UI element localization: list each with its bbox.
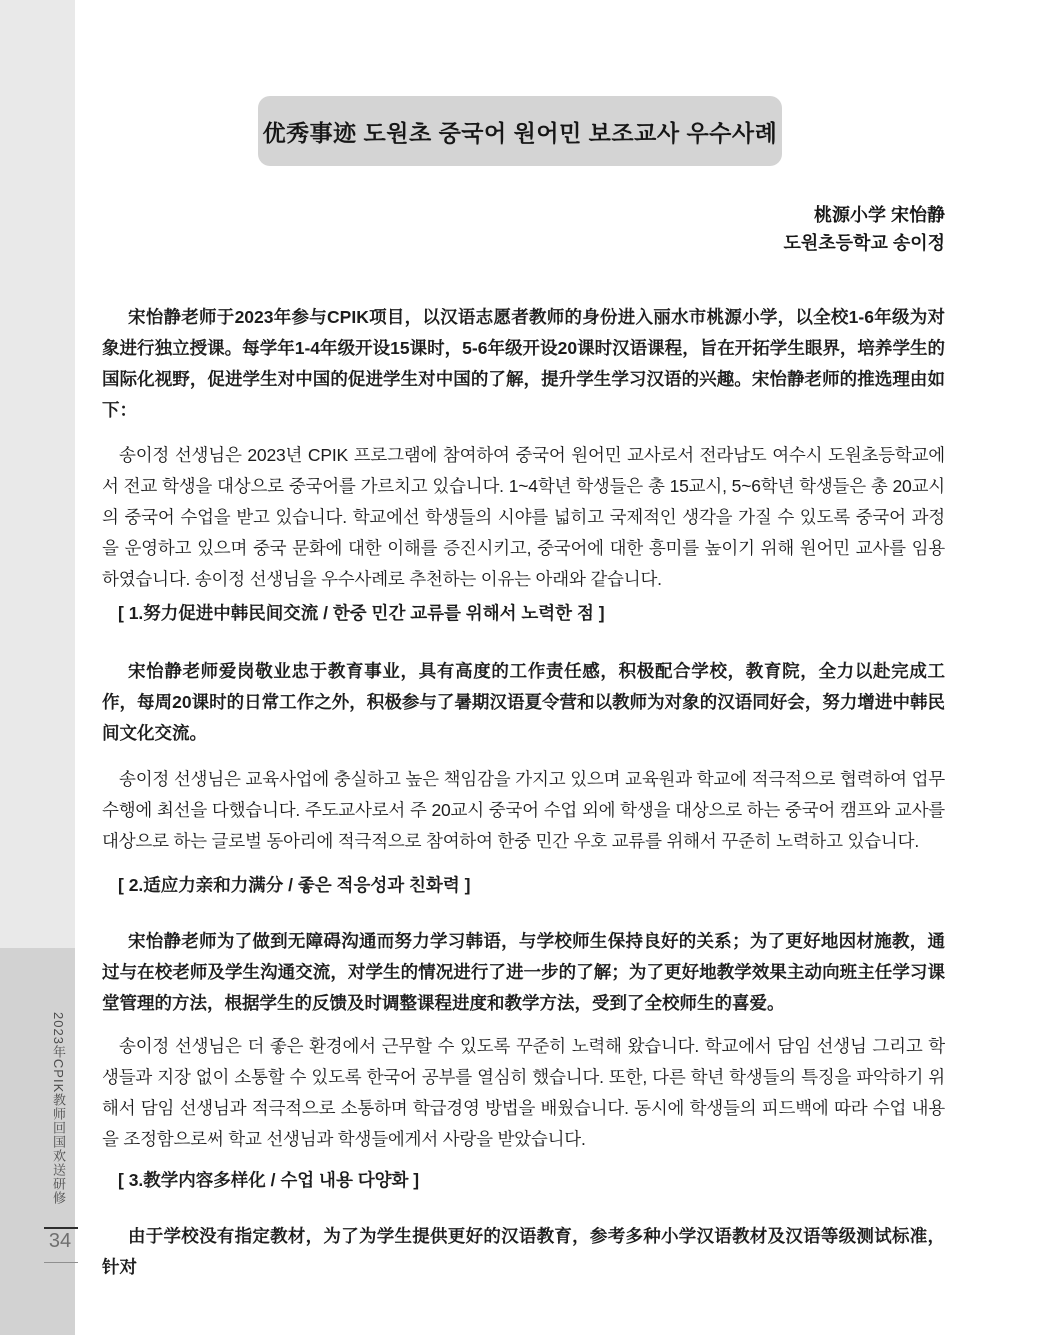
left-margin-strip: [0, 0, 75, 948]
section-heading-3: [ 3.教学内容多样化 / 수업 내용 다양화 ]: [102, 1165, 945, 1196]
paragraph-ko-section1: 송이정 선생님은 교육사업에 충실하고 높은 책임감을 가지고 있으며 교육원과…: [102, 764, 945, 857]
page-number-rule-top: [44, 1227, 78, 1229]
paragraph-zh-intro: 宋怡静老师于2023年参与CPIK项目，以汉语志愿者教师的身份进入丽水市桃源小学…: [102, 302, 945, 426]
page-number: 34: [42, 1230, 78, 1253]
author-line-ko: 도원초등학교 송이정: [102, 229, 945, 257]
paragraph-ko-intro: 송이정 선생님은 2023년 CPIK 프로그램에 참여하여 중국어 원어민 교…: [102, 440, 945, 595]
paragraph-zh-section2: 宋怡静老师为了做到无障碍沟通而努力学习韩语，与学校师生保持良好的关系；为了更好地…: [102, 926, 945, 1019]
author-block: 桃源小学 宋怡静 도원초등학교 송이정: [102, 201, 945, 257]
paragraph-ko-section2: 송이정 선생님은 더 좋은 환경에서 근무할 수 있도록 꾸준히 노력해 왔습니…: [102, 1031, 945, 1155]
section-heading-2: [ 2.适应力亲和力满分 / 좋은 적응성과 친화력 ]: [102, 870, 945, 901]
document-page: 2023年CPIK教师回国欢送研修 34 优秀事迹 도원초 중국어 원어민 보조…: [0, 0, 1040, 1335]
author-line-zh: 桃源小学 宋怡静: [102, 201, 945, 229]
page-number-rule-bottom: [44, 1262, 78, 1263]
paragraph-zh-section1: 宋怡静老师爱岗敬业忠于教育事业，具有高度的工作责任感，积极配合学校，教育院，全力…: [102, 656, 945, 749]
title-banner: 优秀事迹 도원초 중국어 원어민 보조교사 우수사례: [258, 96, 782, 166]
chapter-vertical-label: 2023年CPIK教师回国欢送研修: [49, 1012, 68, 1202]
page-title: 优秀事迹 도원초 중국어 원어민 보조교사 우수사례: [263, 115, 778, 148]
section-heading-1: [ 1.努力促进中韩民间交流 / 한중 민간 교류를 위해서 노력한 점 ]: [102, 598, 945, 629]
paragraph-zh-section3: 由于学校没有指定教材，为了为学生提供更好的汉语教育，参考多种小学汉语教材及汉语等…: [102, 1221, 945, 1283]
